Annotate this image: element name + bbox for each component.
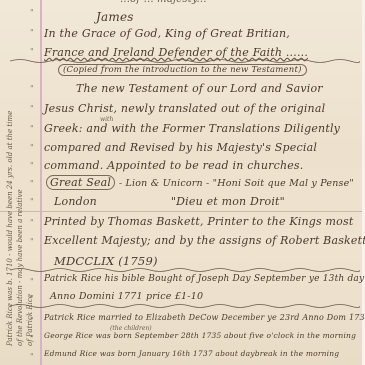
line-13-date: MDCCLIX (1759) <box>54 254 158 268</box>
line-11: Printed by Thomas Baskett, Printer to th… <box>44 215 353 228</box>
line-10: London "Dieu et mon Droit" <box>54 195 285 208</box>
line-1: In the Grace of God, King of Great Briti… <box>44 27 290 40</box>
seal-motto: - Lion & Unicorn - "Honi Soit que Mal y … <box>119 178 354 189</box>
margin-side-note: Patrick Rice was b. 1710 - would have be… <box>4 96 38 346</box>
line-7: compared and Revised by his Majesty's Sp… <box>44 141 317 154</box>
line-12: Excellent Majesty; and by the assigns of… <box>44 234 365 247</box>
line-18: Edmund Rice was born January 16th 1737 a… <box>44 349 339 358</box>
line-4: The new Testament of our Lord and Savior <box>76 82 323 95</box>
line-15: Anno Domini 1771 price £1-10 <box>50 291 203 302</box>
header-fragment: ...of ... majesty... <box>120 0 207 5</box>
ditto-mark: " <box>30 28 34 37</box>
margin-rule <box>40 0 42 365</box>
wavy-divider <box>10 303 360 309</box>
line-5: Jesus Christ, newly translated out of th… <box>44 102 325 115</box>
line-14: Patrick Rice his bible Bought of Joseph … <box>44 274 364 284</box>
ditto-mark: " <box>30 84 34 93</box>
copied-note: (Copied from the introduction to the new… <box>58 64 307 76</box>
ditto-mark: " <box>30 8 34 17</box>
wavy-divider <box>10 267 360 273</box>
line-16: Patrick Rice married to Elizabeth DeCow … <box>44 313 365 322</box>
line-17: George Rice was born September 28th 1735… <box>44 331 356 340</box>
side-note-line-2: of the Revolution - may have been a rela… <box>16 189 24 346</box>
side-note-line-1: Patrick Rice was b. 1710 - would have be… <box>6 111 14 346</box>
ditto-mark: " <box>30 352 34 361</box>
ditto-mark: " <box>30 47 34 56</box>
side-note-line-3: of Patrick Rice <box>26 294 34 346</box>
title-james: James <box>96 10 134 24</box>
line-6: Greek: and with the Former Translations … <box>44 122 340 135</box>
line-8: command. Appointed to be read in churche… <box>44 159 303 172</box>
line-9: Great Seal - Lion & Unicorn - "Honi Soit… <box>46 176 354 189</box>
fold-crease <box>0 211 362 212</box>
great-seal-circled: Great Seal <box>46 175 115 190</box>
